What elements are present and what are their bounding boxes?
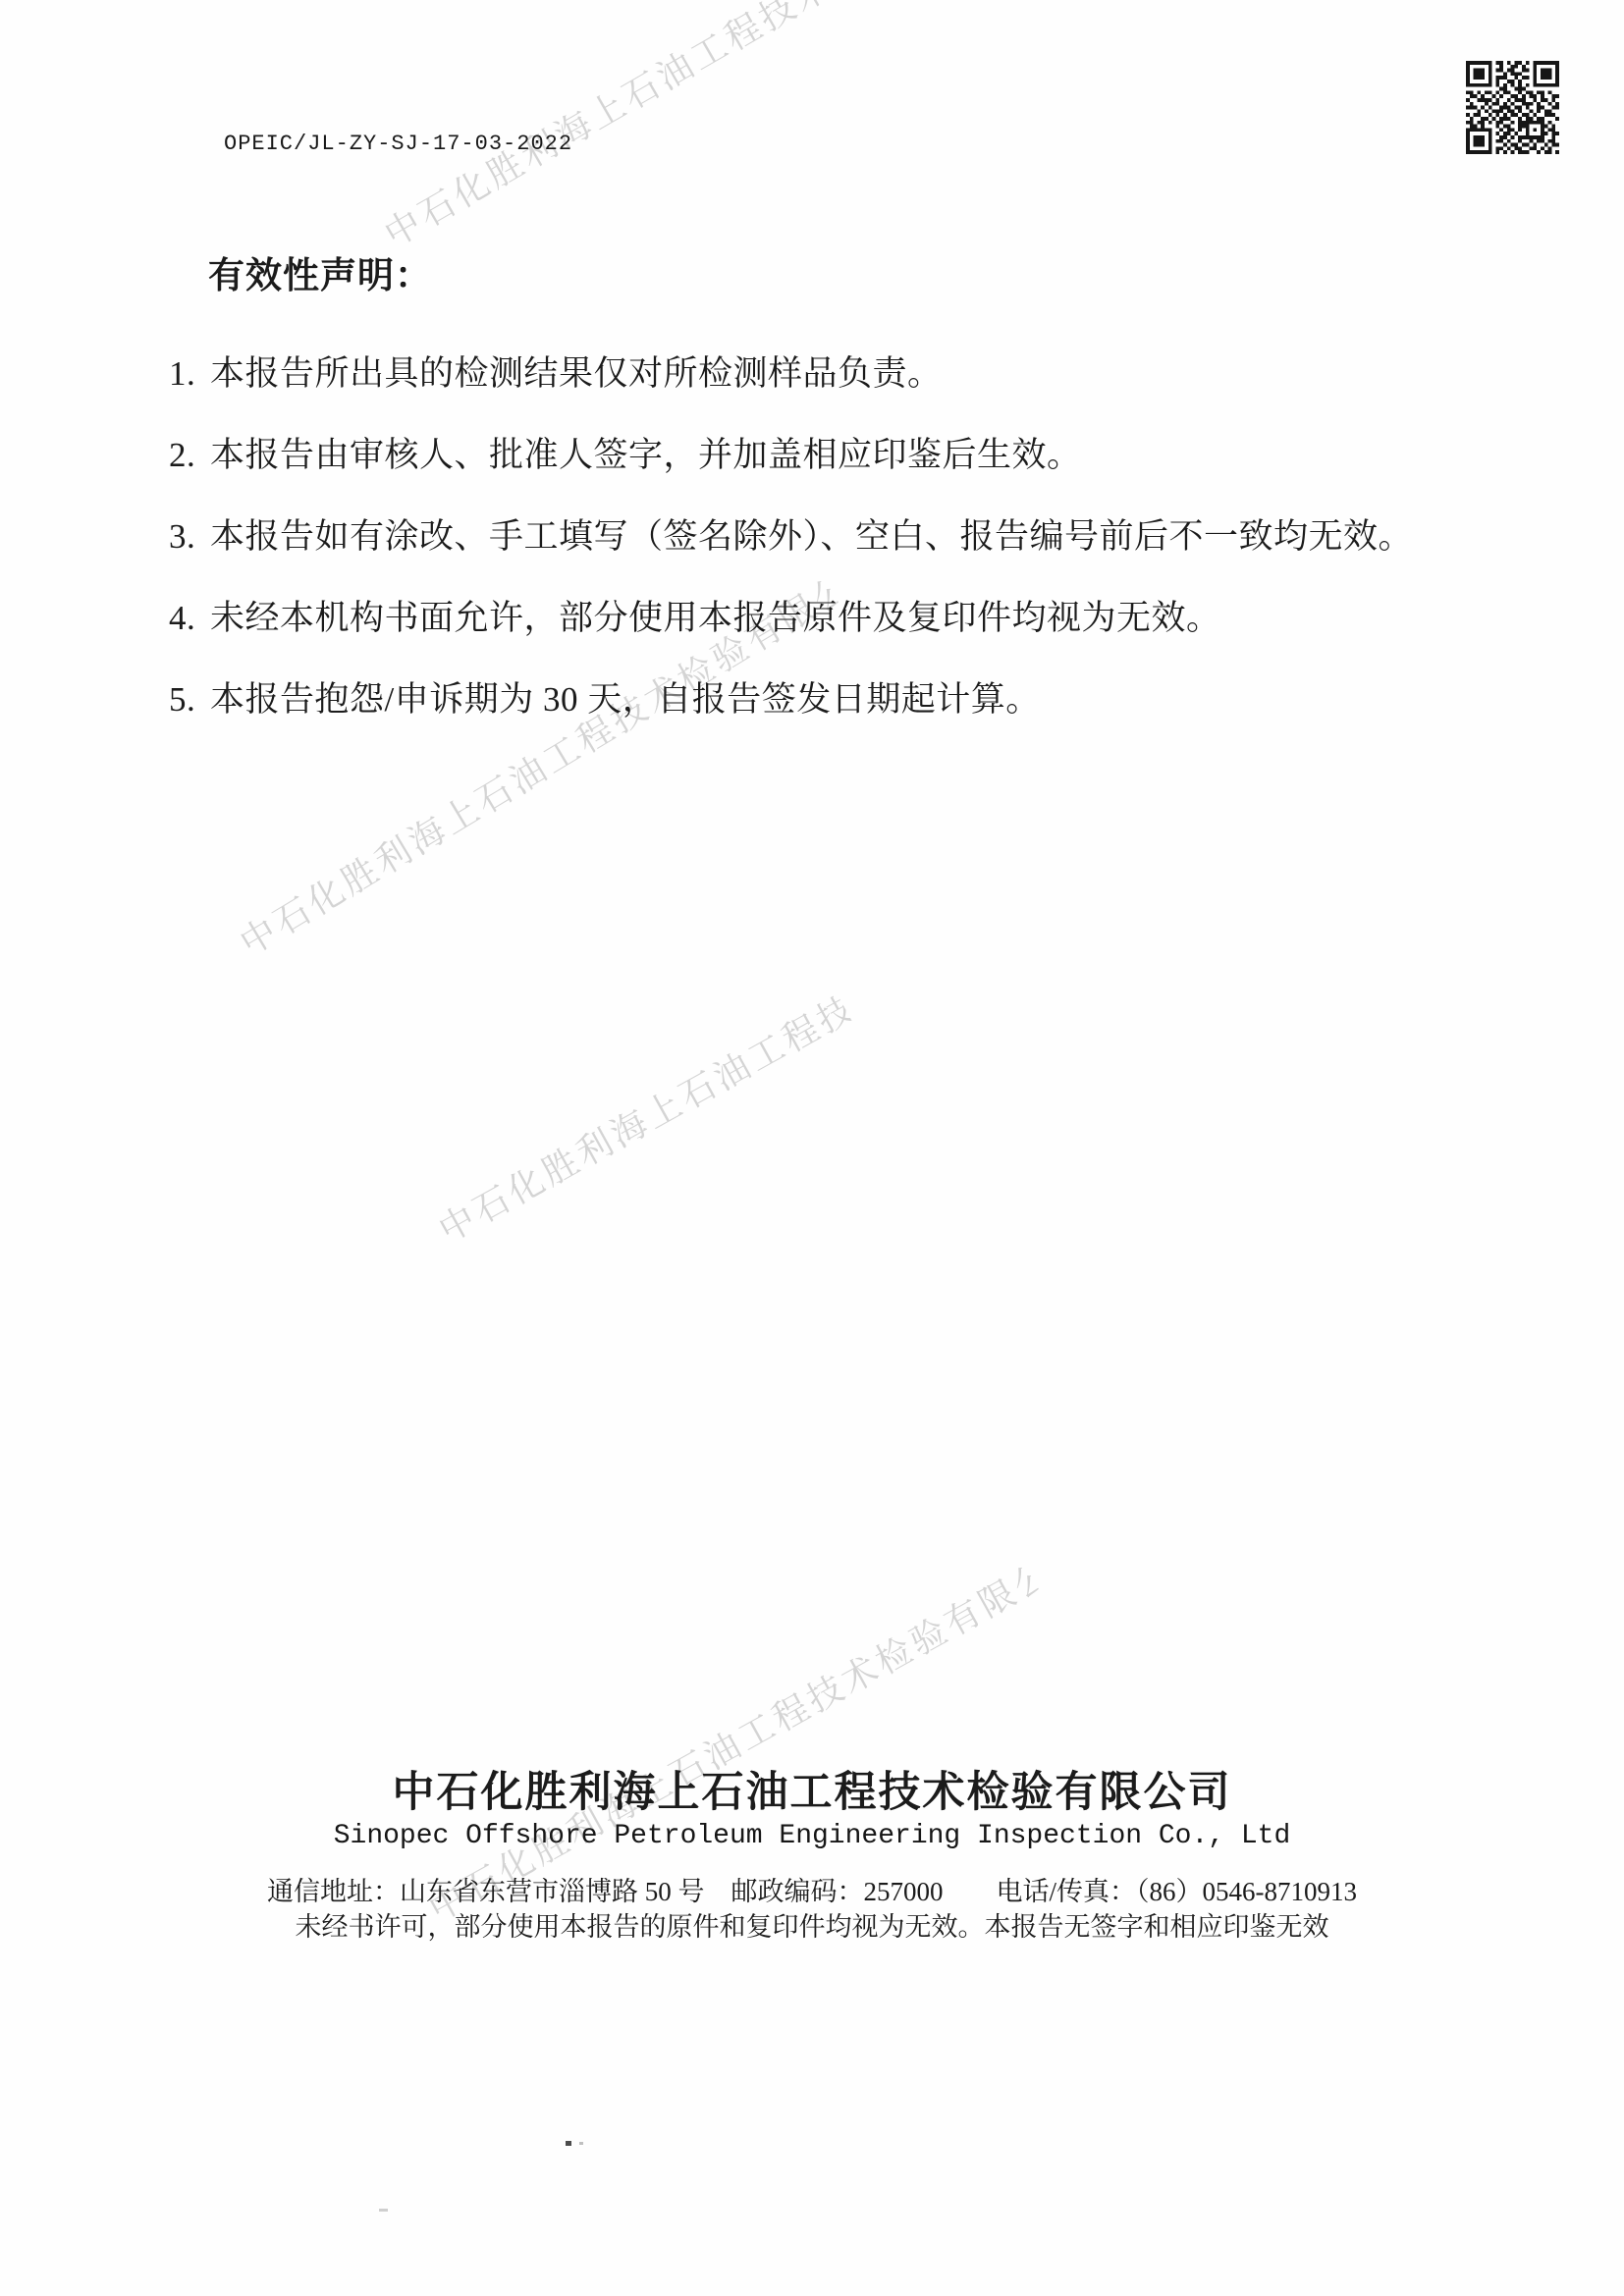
list-item-number: 3. xyxy=(169,516,210,557)
list-item-number: 1. xyxy=(169,353,210,394)
statement-list: 1. 本报告所出具的检测结果仅对所检测样品负责。 2. 本报告由审核人、批准人签… xyxy=(169,353,1445,761)
company-name-en: Sinopec Offshore Petroleum Engineering I… xyxy=(0,1820,1624,1853)
list-item-text: 本报告抱怨/申诉期为 30 天，自报告签发日期起计算。 xyxy=(210,679,1041,720)
watermark-band: 中石化胜利海上石油工程技术检验有限公司 xyxy=(375,0,945,260)
scan-artifact xyxy=(566,2141,571,2146)
scan-artifact xyxy=(379,2209,388,2212)
list-item: 5. 本报告抱怨/申诉期为 30 天，自报告签发日期起计算。 xyxy=(169,679,1445,720)
list-item-text: 本报告由审核人、批准人签字，并加盖相应印鉴后生效。 xyxy=(210,435,1082,475)
list-item-text: 本报告如有涂改、手工填写（签名除外）、空白、报告编号前后不一致均无效。 xyxy=(210,516,1413,557)
list-item-number: 4. xyxy=(169,598,210,638)
list-item: 4. 未经本机构书面允许，部分使用本报告原件及复印件均视为无效。 xyxy=(169,598,1445,638)
page-title: 有效性声明： xyxy=(208,245,432,298)
scan-artifact xyxy=(579,2142,583,2145)
list-item-number: 5. xyxy=(169,679,210,720)
document-code: OPEIC/JL-ZY-SJ-17-03-2022 xyxy=(224,132,572,156)
list-item-number: 2. xyxy=(169,435,210,475)
list-item-text: 未经本机构书面允许，部分使用本报告原件及复印件均视为无效。 xyxy=(210,598,1221,638)
footer-address-line: 通信地址：山东省东营市淄博路 50 号 邮政编码：257000 电话/传真：（8… xyxy=(0,1875,1624,1908)
list-item: 1. 本报告所出具的检测结果仅对所检测样品负责。 xyxy=(169,353,1445,394)
footer-notice-line: 未经书许可，部分使用本报告的原件和复印件均视为无效。本报告无签字和相应印鉴无效 xyxy=(0,1910,1624,1944)
footer: 中石化胜利海上石油工程技术检验有限公司 Sinopec Offshore Pet… xyxy=(0,1769,1624,1944)
qr-code-icon xyxy=(1465,61,1560,154)
company-name-cn: 中石化胜利海上石油工程技术检验有限公司 xyxy=(0,1769,1624,1818)
watermark-band: 中石化胜利海上石油工程技术检验有限公司 xyxy=(429,987,857,1255)
list-item: 3. 本报告如有涂改、手工填写（签名除外）、空白、报告编号前后不一致均无效。 xyxy=(169,516,1445,557)
list-item-text: 本报告所出具的检测结果仅对所检测样品负责。 xyxy=(210,353,943,394)
document-page: 中石化胜利海上石油工程技术检验有限公司 中石化胜利海上石油工程技术检验有限公司 … xyxy=(0,0,1624,2296)
list-item: 2. 本报告由审核人、批准人签字，并加盖相应印鉴后生效。 xyxy=(169,435,1445,475)
